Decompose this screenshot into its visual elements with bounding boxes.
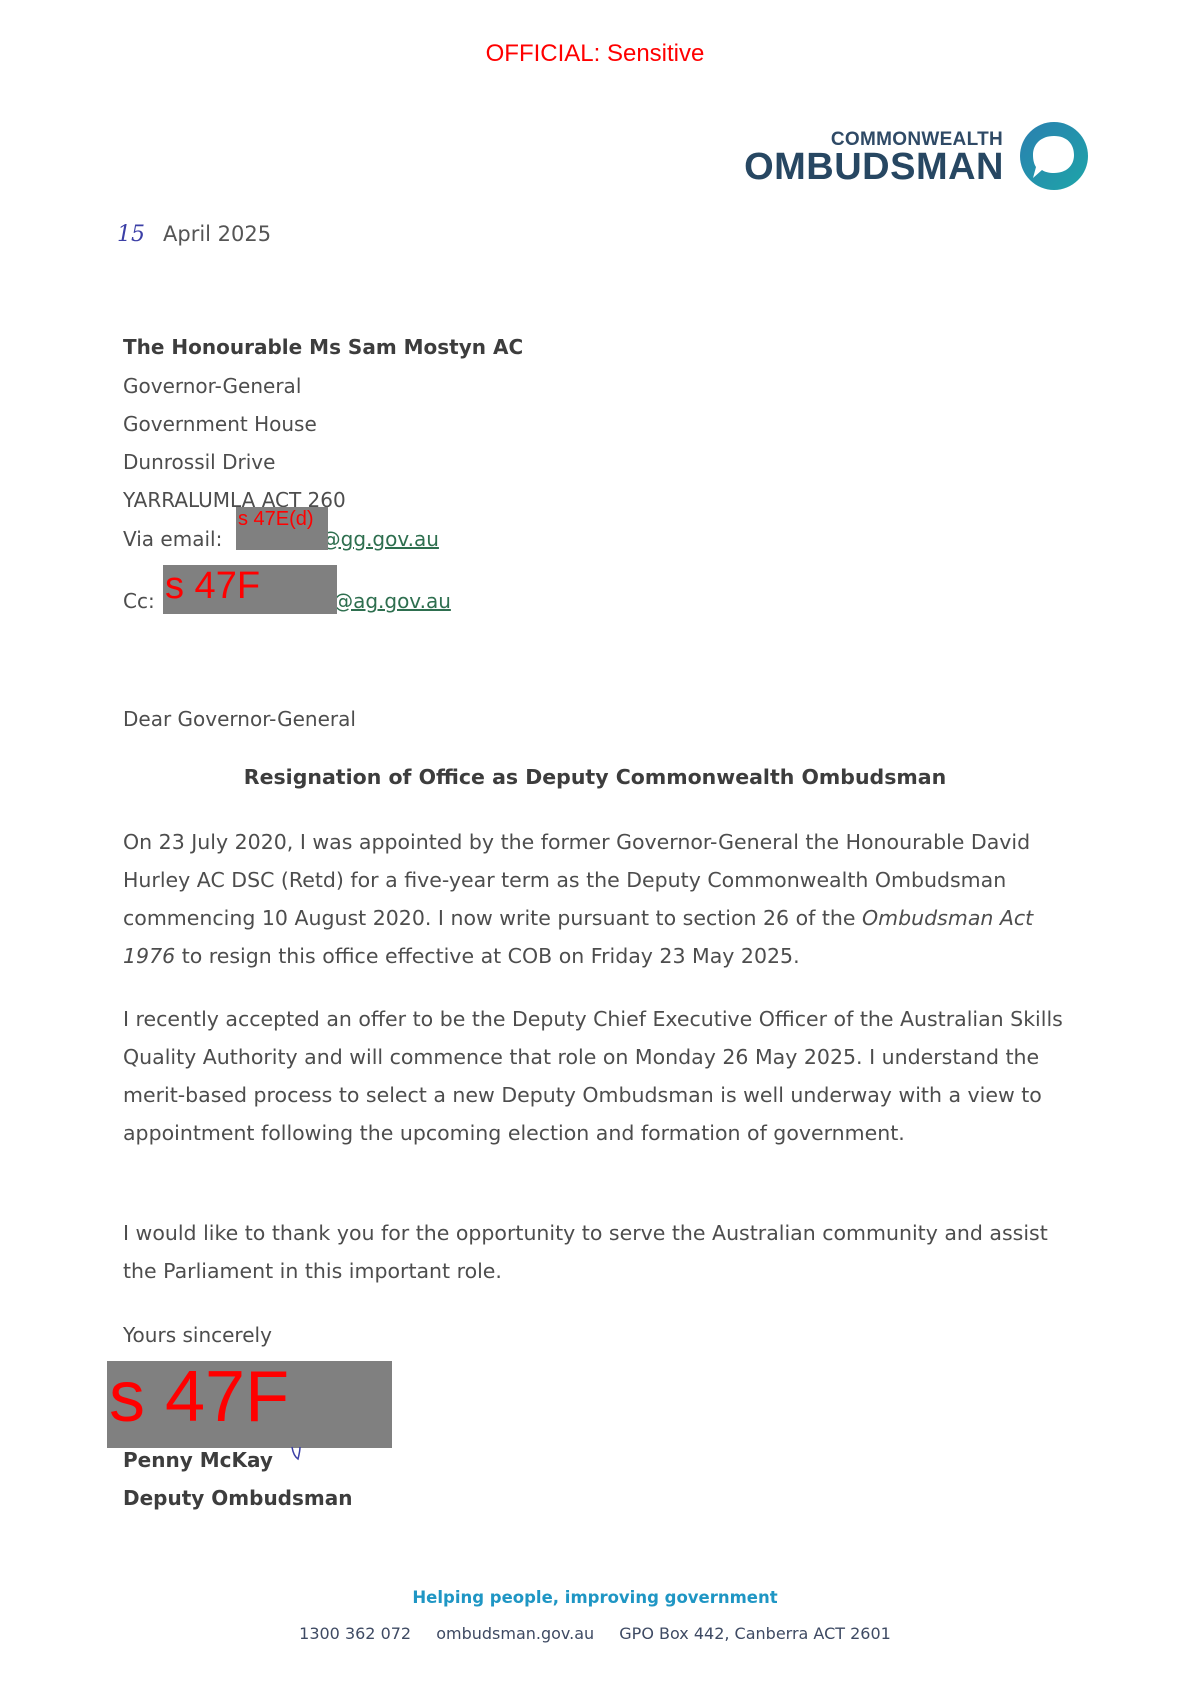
footer-contact: 1300 362 072 ombudsman.gov.au GPO Box 44…: [0, 1624, 1190, 1643]
recipient-line: Governor-General: [123, 374, 301, 398]
speech-bubble-ring-icon: [1019, 121, 1089, 193]
signatory-name: Penny McKay: [123, 1448, 273, 1472]
signature-redaction: s 47F: [107, 1361, 392, 1448]
body-paragraph-3: I would like to thank you for the opport…: [123, 1214, 1083, 1290]
footer-address: GPO Box 442, Canberra ACT 2601: [619, 1624, 891, 1643]
footer-website[interactable]: ombudsman.gov.au: [436, 1624, 594, 1643]
salutation: Dear Governor-General: [123, 707, 356, 731]
subject-heading: Resignation of Office as Deputy Commonwe…: [0, 765, 1190, 789]
date-month-year: April 2025: [163, 222, 271, 246]
body-paragraph-1: On 23 July 2020, I was appointed by the …: [123, 823, 1083, 975]
signatory-title: Deputy Ombudsman: [123, 1486, 352, 1510]
handwritten-day: 15: [117, 222, 145, 247]
body-paragraph-2: I recently accepted an offer to be the D…: [123, 1000, 1083, 1152]
signature-tick-icon: [290, 1445, 302, 1463]
letter-date: 15April 2025: [117, 222, 271, 247]
email-label: Via email:: [123, 527, 222, 551]
closing: Yours sincerely: [123, 1323, 272, 1347]
logo-ombudsman-text: OMBUDSMAN: [744, 146, 1004, 189]
email-redaction: s 47E(d): [236, 507, 328, 550]
recipient-line: Dunrossil Drive: [123, 450, 275, 474]
classification-marking: OFFICIAL: Sensitive: [0, 40, 1190, 68]
recipient-line: Government House: [123, 412, 317, 436]
recipient-name: The Honourable Ms Sam Mostyn AC: [123, 335, 523, 359]
footer-phone: 1300 362 072: [299, 1624, 411, 1643]
cc-email-link[interactable]: @ag.gov.au: [333, 589, 451, 613]
footer-tagline: Helping people, improving government: [0, 1588, 1190, 1607]
cc-label: Cc:: [123, 589, 155, 613]
email-link[interactable]: @gg.gov.au: [321, 527, 439, 551]
cc-redaction: s 47F: [163, 565, 337, 614]
